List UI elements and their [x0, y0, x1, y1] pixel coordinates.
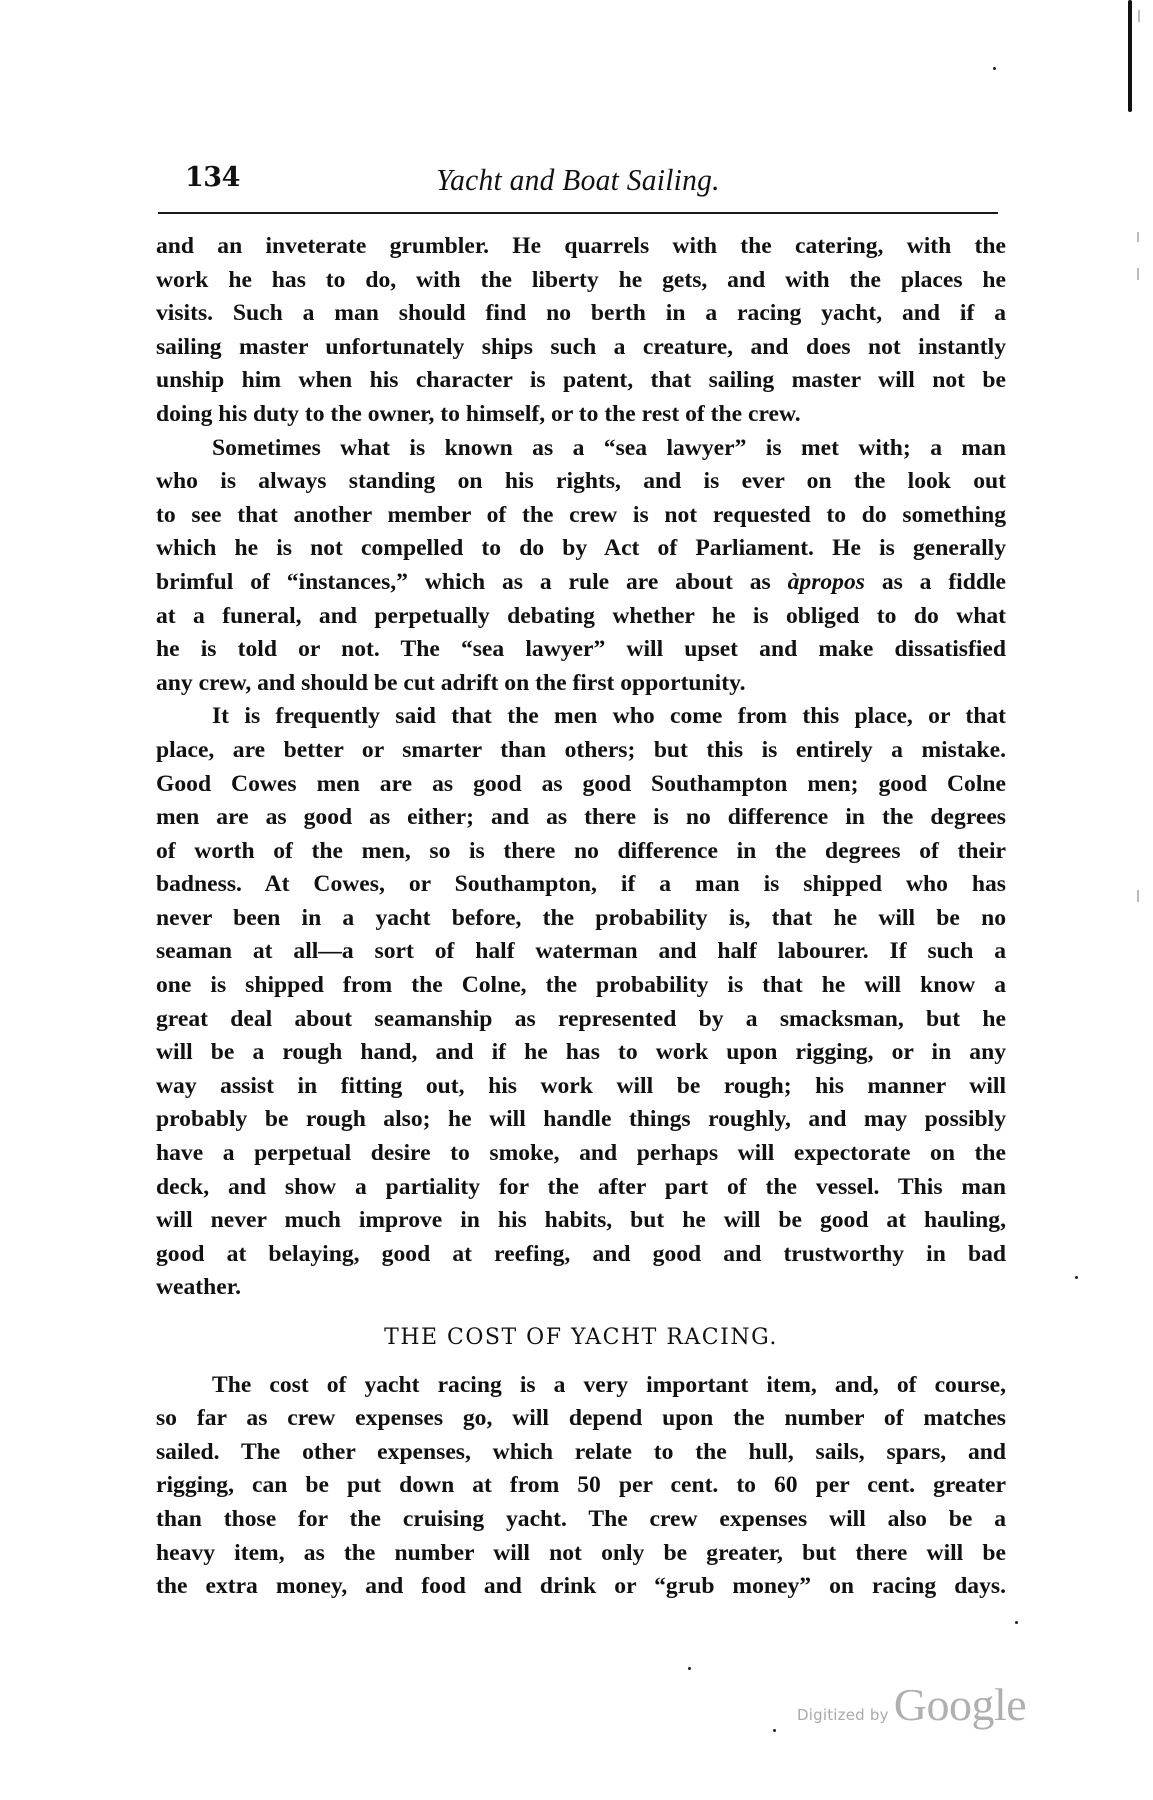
text-line: the extra money, and food and drink or “… — [156, 1570, 1006, 1604]
text-line: way assist in fitting out, his work will… — [156, 1070, 1006, 1104]
text-line: will be a rough hand, and if he has to w… — [156, 1036, 1006, 1070]
digitized-by-google-watermark: Digitized by Google — [797, 1678, 1026, 1731]
text-line: of worth of the men, so is there no diff… — [156, 835, 1006, 869]
scan-edge-mark — [1137, 268, 1139, 280]
text-line: place, are better or smarter than others… — [156, 734, 1006, 768]
scan-edge-mark — [1137, 232, 1139, 242]
text-line: and an inveterate grumbler. He quarrels … — [156, 230, 1006, 264]
running-title: Yacht and Boat Sailing. — [179, 162, 977, 198]
text-line: deck, and show a partiality for the afte… — [156, 1171, 1006, 1205]
text-line: never been in a yacht before, the probab… — [156, 902, 1006, 936]
text-line: probably be rough also; he will handle t… — [156, 1103, 1006, 1137]
text-line: who is always standing on his rights, an… — [156, 465, 1006, 499]
text-line: visits. Such a man should find no berth … — [156, 297, 1006, 331]
watermark-prefix: Digitized by — [797, 1706, 889, 1724]
paragraph-start-line: It is frequently said that the men who c… — [156, 700, 1006, 734]
text-line: will never much improve in his habits, b… — [156, 1204, 1006, 1238]
scan-speck — [993, 67, 996, 70]
text-line: Good Cowes men are as good as good South… — [156, 768, 1006, 802]
text-line: seaman at all—a sort of half waterman an… — [156, 935, 1006, 969]
text-line: he is told or not. The “sea lawyer” will… — [156, 633, 1006, 667]
italic-word: àpropos — [788, 569, 865, 595]
paragraph-start-line: The cost of yacht racing is a very impor… — [156, 1369, 1006, 1403]
scan-speck — [1075, 1276, 1078, 1279]
section-heading: THE COST OF YACHT RACING. — [156, 1321, 1006, 1355]
text-line: have a perpetual desire to smoke, and pe… — [156, 1137, 1006, 1171]
text-line: so far as crew expenses go, will depend … — [156, 1402, 1006, 1436]
scan-edge-bar — [1128, 0, 1132, 112]
running-head: 134 Yacht and Boat Sailing. — [158, 162, 998, 202]
text-line: good at belaying, good at reefing, and g… — [156, 1238, 1006, 1272]
text-line: men are as good as either; and as there … — [156, 801, 1006, 835]
text-line: sailed. The other expenses, which relate… — [156, 1436, 1006, 1470]
google-logo-text: Google — [894, 1679, 1026, 1730]
text-line: to see that another member of the crew i… — [156, 499, 1006, 533]
text-line: which he is not compelled to do by Act o… — [156, 532, 1006, 566]
text-line: unship him when his character is patent,… — [156, 364, 1006, 398]
text-line: at a funeral, and perpetually debating w… — [156, 600, 1006, 634]
text-line: badness. At Cowes, or Southampton, if a … — [156, 868, 1006, 902]
book-page: 134 Yacht and Boat Sailing. and an invet… — [0, 0, 1153, 1800]
scan-speck — [773, 1729, 776, 1732]
text-line: any crew, and should be cut adrift on th… — [156, 667, 1006, 701]
scan-edge-mark — [1138, 10, 1140, 22]
text-line: work he has to do, with the liberty he g… — [156, 264, 1006, 298]
body-text: and an inveterate grumbler. He quarrels … — [156, 230, 1006, 1604]
text-line: weather. — [156, 1271, 1006, 1305]
paragraph-start-line: Sometimes what is known as a “sea lawyer… — [156, 432, 1006, 466]
text-line: doing his duty to the owner, to himself,… — [156, 398, 1006, 432]
text-line: great deal about seamanship as represent… — [156, 1003, 1006, 1037]
text-segment: brimful of “instances,” which as a rule … — [156, 569, 788, 595]
text-line: one is shipped from the Colne, the proba… — [156, 969, 1006, 1003]
scan-speck — [688, 1667, 691, 1670]
text-segment: as a fiddle — [865, 569, 1006, 595]
scan-edge-mark — [1137, 890, 1139, 902]
text-line: sailing master unfortunately ships such … — [156, 331, 1006, 365]
scan-speck — [1015, 1621, 1018, 1624]
text-line: heavy item, as the number will not only … — [156, 1537, 1006, 1571]
header-rule — [158, 212, 998, 214]
text-line-with-italic: brimful of “instances,” which as a rule … — [156, 566, 1006, 600]
text-line: rigging, can be put down at from 50 per … — [156, 1469, 1006, 1503]
text-line: than those for the cruising yacht. The c… — [156, 1503, 1006, 1537]
